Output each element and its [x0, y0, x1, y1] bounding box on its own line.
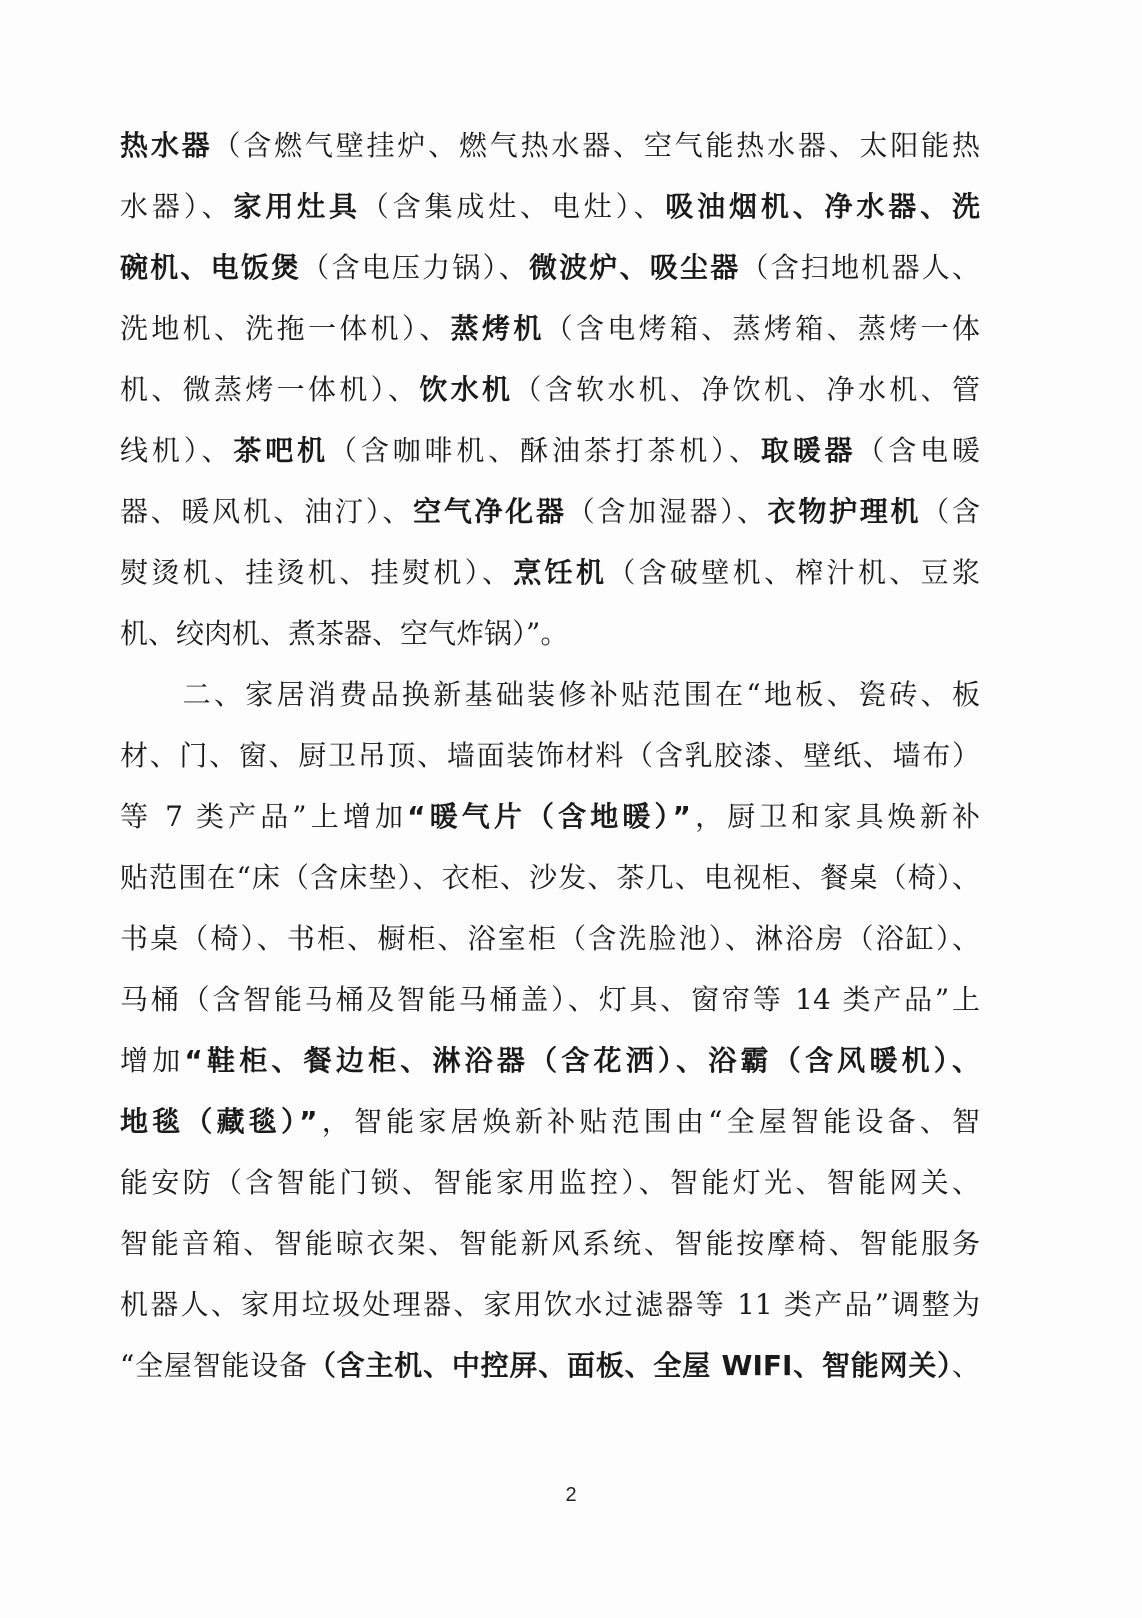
- text-line: 能安防（含智能门锁、智能家用监控）、智能灯光、智能网关、: [120, 1161, 980, 1205]
- text-run: 增加: [120, 1044, 184, 1077]
- text-line: 机器人、家用垃圾处理器、家用饮水过滤器等 11 类产品”调整为: [120, 1283, 980, 1327]
- page-number: 2: [0, 1484, 1142, 1507]
- bold-text-run: 热水器: [120, 129, 212, 162]
- text-run: 熨烫机、挂烫机、挂熨机）、: [120, 556, 513, 589]
- bold-text-run: 空气净化器: [413, 495, 567, 528]
- bold-text-run: 茶吧机: [233, 434, 329, 467]
- text-run: 机器人、家用垃圾处理器、家用饮水过滤器等 11 类产品”调整为: [120, 1288, 980, 1321]
- text-run: （含加湿器）、: [567, 495, 768, 528]
- bold-text-run: 吸油烟机、净水器、洗: [665, 190, 980, 223]
- bold-text-run: 衣物护理机: [768, 495, 922, 528]
- text-run: 马桶（含智能马桶及智能马桶盖）、灯具、窗帘等 14 类产品”上: [120, 983, 980, 1016]
- text-run: 洗地机、洗拖一体机）、: [120, 312, 451, 345]
- bold-text-run: 地毯（藏毯）”: [120, 1105, 318, 1138]
- text-run: 、: [952, 1349, 980, 1382]
- bold-text-run: 饮水机: [419, 373, 513, 406]
- text-line: 水器）、家用灶具（含集成灶、电灶）、吸油烟机、净水器、洗: [120, 185, 980, 229]
- text-run: （含电烤箱、蒸烤箱、蒸烤一体: [545, 312, 980, 345]
- text-run: “全屋智能设备: [120, 1349, 308, 1382]
- text-run: ，厨卫和家具焕新补: [691, 800, 980, 833]
- text-line: 熨烫机、挂烫机、挂熨机）、烹饪机（含破壁机、榨汁机、豆浆: [120, 551, 980, 595]
- text-line: 等 7 类产品”上增加“暖气片（含地暖）”，厨卫和家具焕新补: [120, 795, 980, 839]
- text-line: 智能音箱、智能晾衣架、智能新风系统、智能按摩椅、智能服务: [120, 1222, 980, 1266]
- text-run: 贴范围在“床（含床垫）、衣柜、沙发、茶几、电视柜、餐桌（椅）、: [120, 861, 980, 894]
- text-run: 机、微蒸烤一体机）、: [120, 373, 419, 406]
- text-run: 智能音箱、智能晾衣架、智能新风系统、智能按摩椅、智能服务: [120, 1227, 980, 1260]
- text-run: 等 7 类产品”上增加: [120, 800, 407, 833]
- text-run: 书桌（椅）、书柜、橱柜、浴室柜（含洗脸池）、淋浴房（浴缸）、: [120, 922, 980, 955]
- text-line: 碗机、电饭煲（含电压力锅）、微波炉、吸尘器（含扫地机器人、: [120, 246, 980, 290]
- text-run: （含电暖: [856, 434, 980, 467]
- text-line: 线机）、茶吧机（含咖啡机、酥油茶打茶机）、取暖器（含电暖: [120, 429, 980, 473]
- document-page: 热水器（含燃气壁挂炉、燃气热水器、空气能热水器、太阳能热水器）、家用灶具（含集成…: [0, 0, 1142, 1618]
- text-run: （含: [921, 495, 980, 528]
- text-run: 二、家居消费品换新基础装修补贴范围在“地板、瓷砖、板: [120, 678, 980, 711]
- text-run: 器、暖风机、油汀）、: [120, 495, 413, 528]
- text-line: “全屋智能设备（含主机、中控屏、面板、全屋 WIFI、智能网关）、: [120, 1344, 980, 1388]
- text-run: （含破壁机、榨汁机、豆浆: [607, 556, 980, 589]
- text-line: 增加“鞋柜、餐边柜、淋浴器（含花洒）、浴霸（含风暖机）、: [120, 1039, 980, 1083]
- bold-text-run: 蒸烤机: [451, 312, 545, 345]
- text-run: 材、门、窗、厨卫吊顶、墙面装饰材料（含乳胶漆、壁纸、墙布）: [120, 739, 980, 772]
- text-run: （含软水机、净饮机、净水机、管: [513, 373, 980, 406]
- text-run: 线机）、: [120, 434, 233, 467]
- text-run: （含扫地机器人、: [740, 251, 980, 284]
- text-line: 器、暖风机、油汀）、空气净化器（含加湿器）、衣物护理机（含: [120, 490, 980, 534]
- bold-text-run: 碗机、电饭煲: [120, 251, 301, 284]
- text-run: 水器）、: [120, 190, 233, 223]
- text-line: 马桶（含智能马桶及智能马桶盖）、灯具、窗帘等 14 类产品”上: [120, 978, 980, 1022]
- text-run: 能安防（含智能门锁、智能家用监控）、智能灯光、智能网关、: [120, 1166, 980, 1199]
- bold-text-run: “暖气片（含地暖）”: [407, 800, 691, 833]
- text-line: 洗地机、洗拖一体机）、蒸烤机（含电烤箱、蒸烤箱、蒸烤一体: [120, 307, 980, 351]
- bold-text-run: 取暖器: [761, 434, 857, 467]
- text-line: 地毯（藏毯）”，智能家居焕新补贴范围由“全屋智能设备、智: [120, 1100, 980, 1144]
- text-run: 机、绞肉机、煮茶器、空气炸锅）”。: [120, 617, 568, 650]
- text-run: （含燃气壁挂炉、燃气热水器、空气能热水器、太阳能热: [212, 129, 980, 162]
- bold-text-run: 家用灶具: [233, 190, 360, 223]
- text-line: 二、家居消费品换新基础装修补贴范围在“地板、瓷砖、板: [120, 673, 980, 717]
- text-run: （含电压力锅）、: [301, 251, 529, 284]
- bold-text-run: （含主机、中控屏、面板、全屋 WIFI、智能网关）: [308, 1349, 952, 1382]
- bold-text-run: “鞋柜、餐边柜、淋浴器（含花洒）、浴霸（含风暖机）、: [184, 1044, 980, 1077]
- text-line: 贴范围在“床（含床垫）、衣柜、沙发、茶几、电视柜、餐桌（椅）、: [120, 856, 980, 900]
- text-run: ，智能家居焕新补贴范围由“全屋智能设备、智: [318, 1105, 980, 1138]
- text-line: 材、门、窗、厨卫吊顶、墙面装饰材料（含乳胶漆、壁纸、墙布）: [120, 734, 980, 778]
- bold-text-run: 烹饪机: [513, 556, 607, 589]
- bold-text-run: 微波炉、吸尘器: [529, 251, 741, 284]
- text-line: 机、微蒸烤一体机）、饮水机（含软水机、净饮机、净水机、管: [120, 368, 980, 412]
- text-run: （含集成灶、电灶）、: [361, 190, 666, 223]
- text-line: 热水器（含燃气壁挂炉、燃气热水器、空气能热水器、太阳能热: [120, 124, 980, 168]
- text-line: 机、绞肉机、煮茶器、空气炸锅）”。: [120, 612, 980, 656]
- text-line: 书桌（椅）、书柜、橱柜、浴室柜（含洗脸池）、淋浴房（浴缸）、: [120, 917, 980, 961]
- text-run: （含咖啡机、酥油茶打茶机）、: [329, 434, 761, 467]
